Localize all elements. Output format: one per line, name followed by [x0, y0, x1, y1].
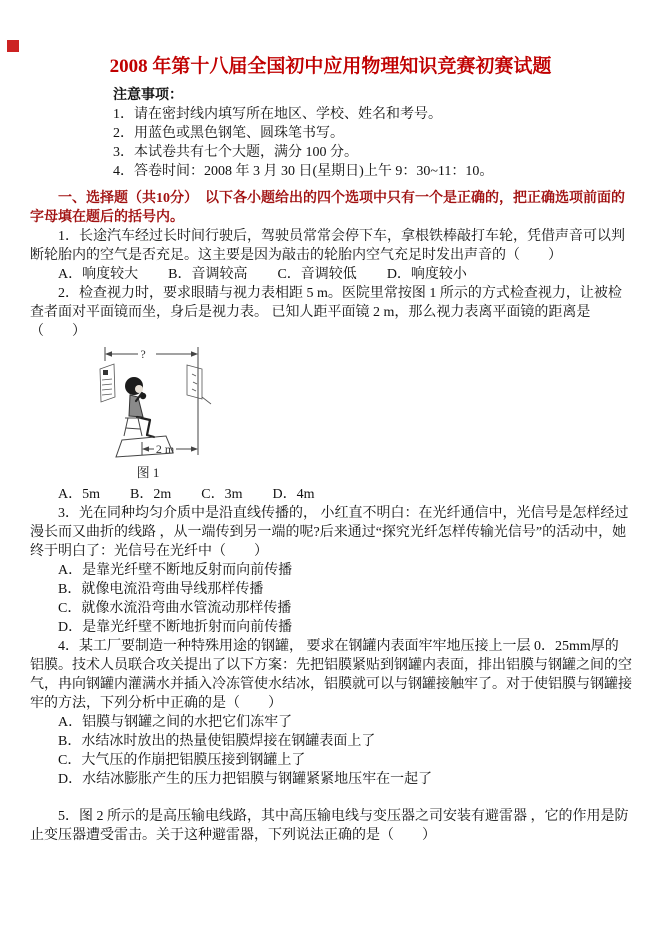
- figure-1-vision-test: ? 2 m: [80, 343, 310, 483]
- question-3-options: A．是靠光纤壁不断地反射而向前传播 B．就像电流沿弯曲导线那样传播 C．就像水流…: [30, 561, 632, 637]
- red-square-marker: [7, 40, 19, 52]
- note-item-1: 1．请在密封线内填写所在地区、学校、姓名和考号。: [113, 105, 631, 124]
- question-1-option-a: A．响度较大: [58, 267, 138, 282]
- question-4-option-b: B．水结冰时放出的热量使铝膜焊接在钢罐表面上了: [30, 732, 632, 751]
- section-heading: 一、选择题（共10分） 以下各小题给出的四个选项中只有一个是正确的，把正确选项前…: [30, 189, 632, 227]
- question-2-option-a: A．5m: [58, 487, 100, 502]
- question-4-options: A．铝膜与钢罐之间的水把它们冻牢了 B．水结冰时放出的热量使铝膜焊接在钢罐表面上…: [30, 713, 632, 789]
- question-1-option-b: B．音调较高: [168, 267, 247, 282]
- note-item-4: 4．答卷时间：2008 年 3 月 30 日(星期日)上午 9：30~11：10…: [113, 162, 631, 181]
- question-3-stem: 3．光在同种均匀介质中是沿直线传播的， 小红直不明白：在光纤通信中，光信号是怎样…: [30, 504, 632, 561]
- question-2-stem: 2．检查视力时，要求眼睛与视力表相距 5 m。医院里常按图 1 所示的方式检查视…: [30, 284, 632, 341]
- question-2-option-c: C．3m: [201, 487, 242, 502]
- question-2-option-b: B．2m: [130, 487, 171, 502]
- question-1-option-d: D．响度较小: [387, 267, 467, 282]
- question-1-option-c: C．音调较低: [277, 267, 356, 282]
- question-3-option-b: B．就像电流沿弯曲导线那样传播: [30, 580, 632, 599]
- question-1-options: A．响度较大B．音调较高C．音调较低D．响度较小: [30, 265, 632, 284]
- note-item-2: 2．用蓝色或黑色钢笔、圆珠笔书写。: [113, 124, 631, 143]
- page-title: 2008 年第十八届全国初中应用物理知识竞赛初赛试题: [0, 0, 661, 80]
- question-3-option-c: C．就像水流沿弯曲水管流动那样传播: [30, 599, 632, 618]
- figure-1-caption: 图 1: [137, 465, 160, 480]
- top-distance-label: ?: [140, 347, 145, 361]
- question-2-options: A．5mB．2mC．3mD．4m: [30, 485, 632, 504]
- question-5-stem: 5．图 2 所示的是高压输电线路，其中高压输电线与变压器之司安装有避雷器 ，它的…: [30, 807, 632, 845]
- notes-heading: 注意事项：: [113, 86, 631, 105]
- question-1-stem: 1．长途汽车经过长时间行驶后，驾驶员常常会停下车，拿根铁棒敲打车轮，凭借声音可以…: [30, 227, 632, 265]
- eye-chart-icon: [100, 364, 115, 402]
- exam-page: 2008 年第十八届全国初中应用物理知识竞赛初赛试题 注意事项： 1．请在密封线…: [0, 0, 661, 935]
- question-3-option-a: A．是靠光纤壁不断地反射而向前传播: [30, 561, 632, 580]
- question-4-option-a: A．铝膜与钢罐之间的水把它们冻牢了: [30, 713, 632, 732]
- question-2-option-d: D．4m: [272, 487, 314, 502]
- exam-body: 一、选择题（共10分） 以下各小题给出的四个选项中只有一个是正确的，把正确选项前…: [30, 189, 632, 845]
- question-4-stem: 4．某工厂要制造一种特殊用途的钢罐， 要求在钢罐内表面牢牢地压接上一层 0．25…: [30, 637, 632, 713]
- question-3-option-d: D．是靠光纤壁不断地折射而向前传播: [30, 618, 632, 637]
- note-item-3: 3．本试卷共有七个大题，满分 100 分。: [113, 143, 631, 162]
- notes-section: 注意事项： 1．请在密封线内填写所在地区、学校、姓名和考号。 2．用蓝色或黑色钢…: [113, 86, 631, 181]
- question-4-option-d: D．水结冰膨胀产生的压力把铝膜与钢罐紧紧地压牢在一起了: [30, 770, 632, 789]
- figure-1-drawing: ? 2 m: [80, 343, 310, 483]
- question-4-option-c: C．大气压的作崩把铝膜压接到钢罐上了: [30, 751, 632, 770]
- measurement-lines: ? 2 m: [105, 347, 198, 456]
- plane-mirror-icon: [187, 365, 211, 404]
